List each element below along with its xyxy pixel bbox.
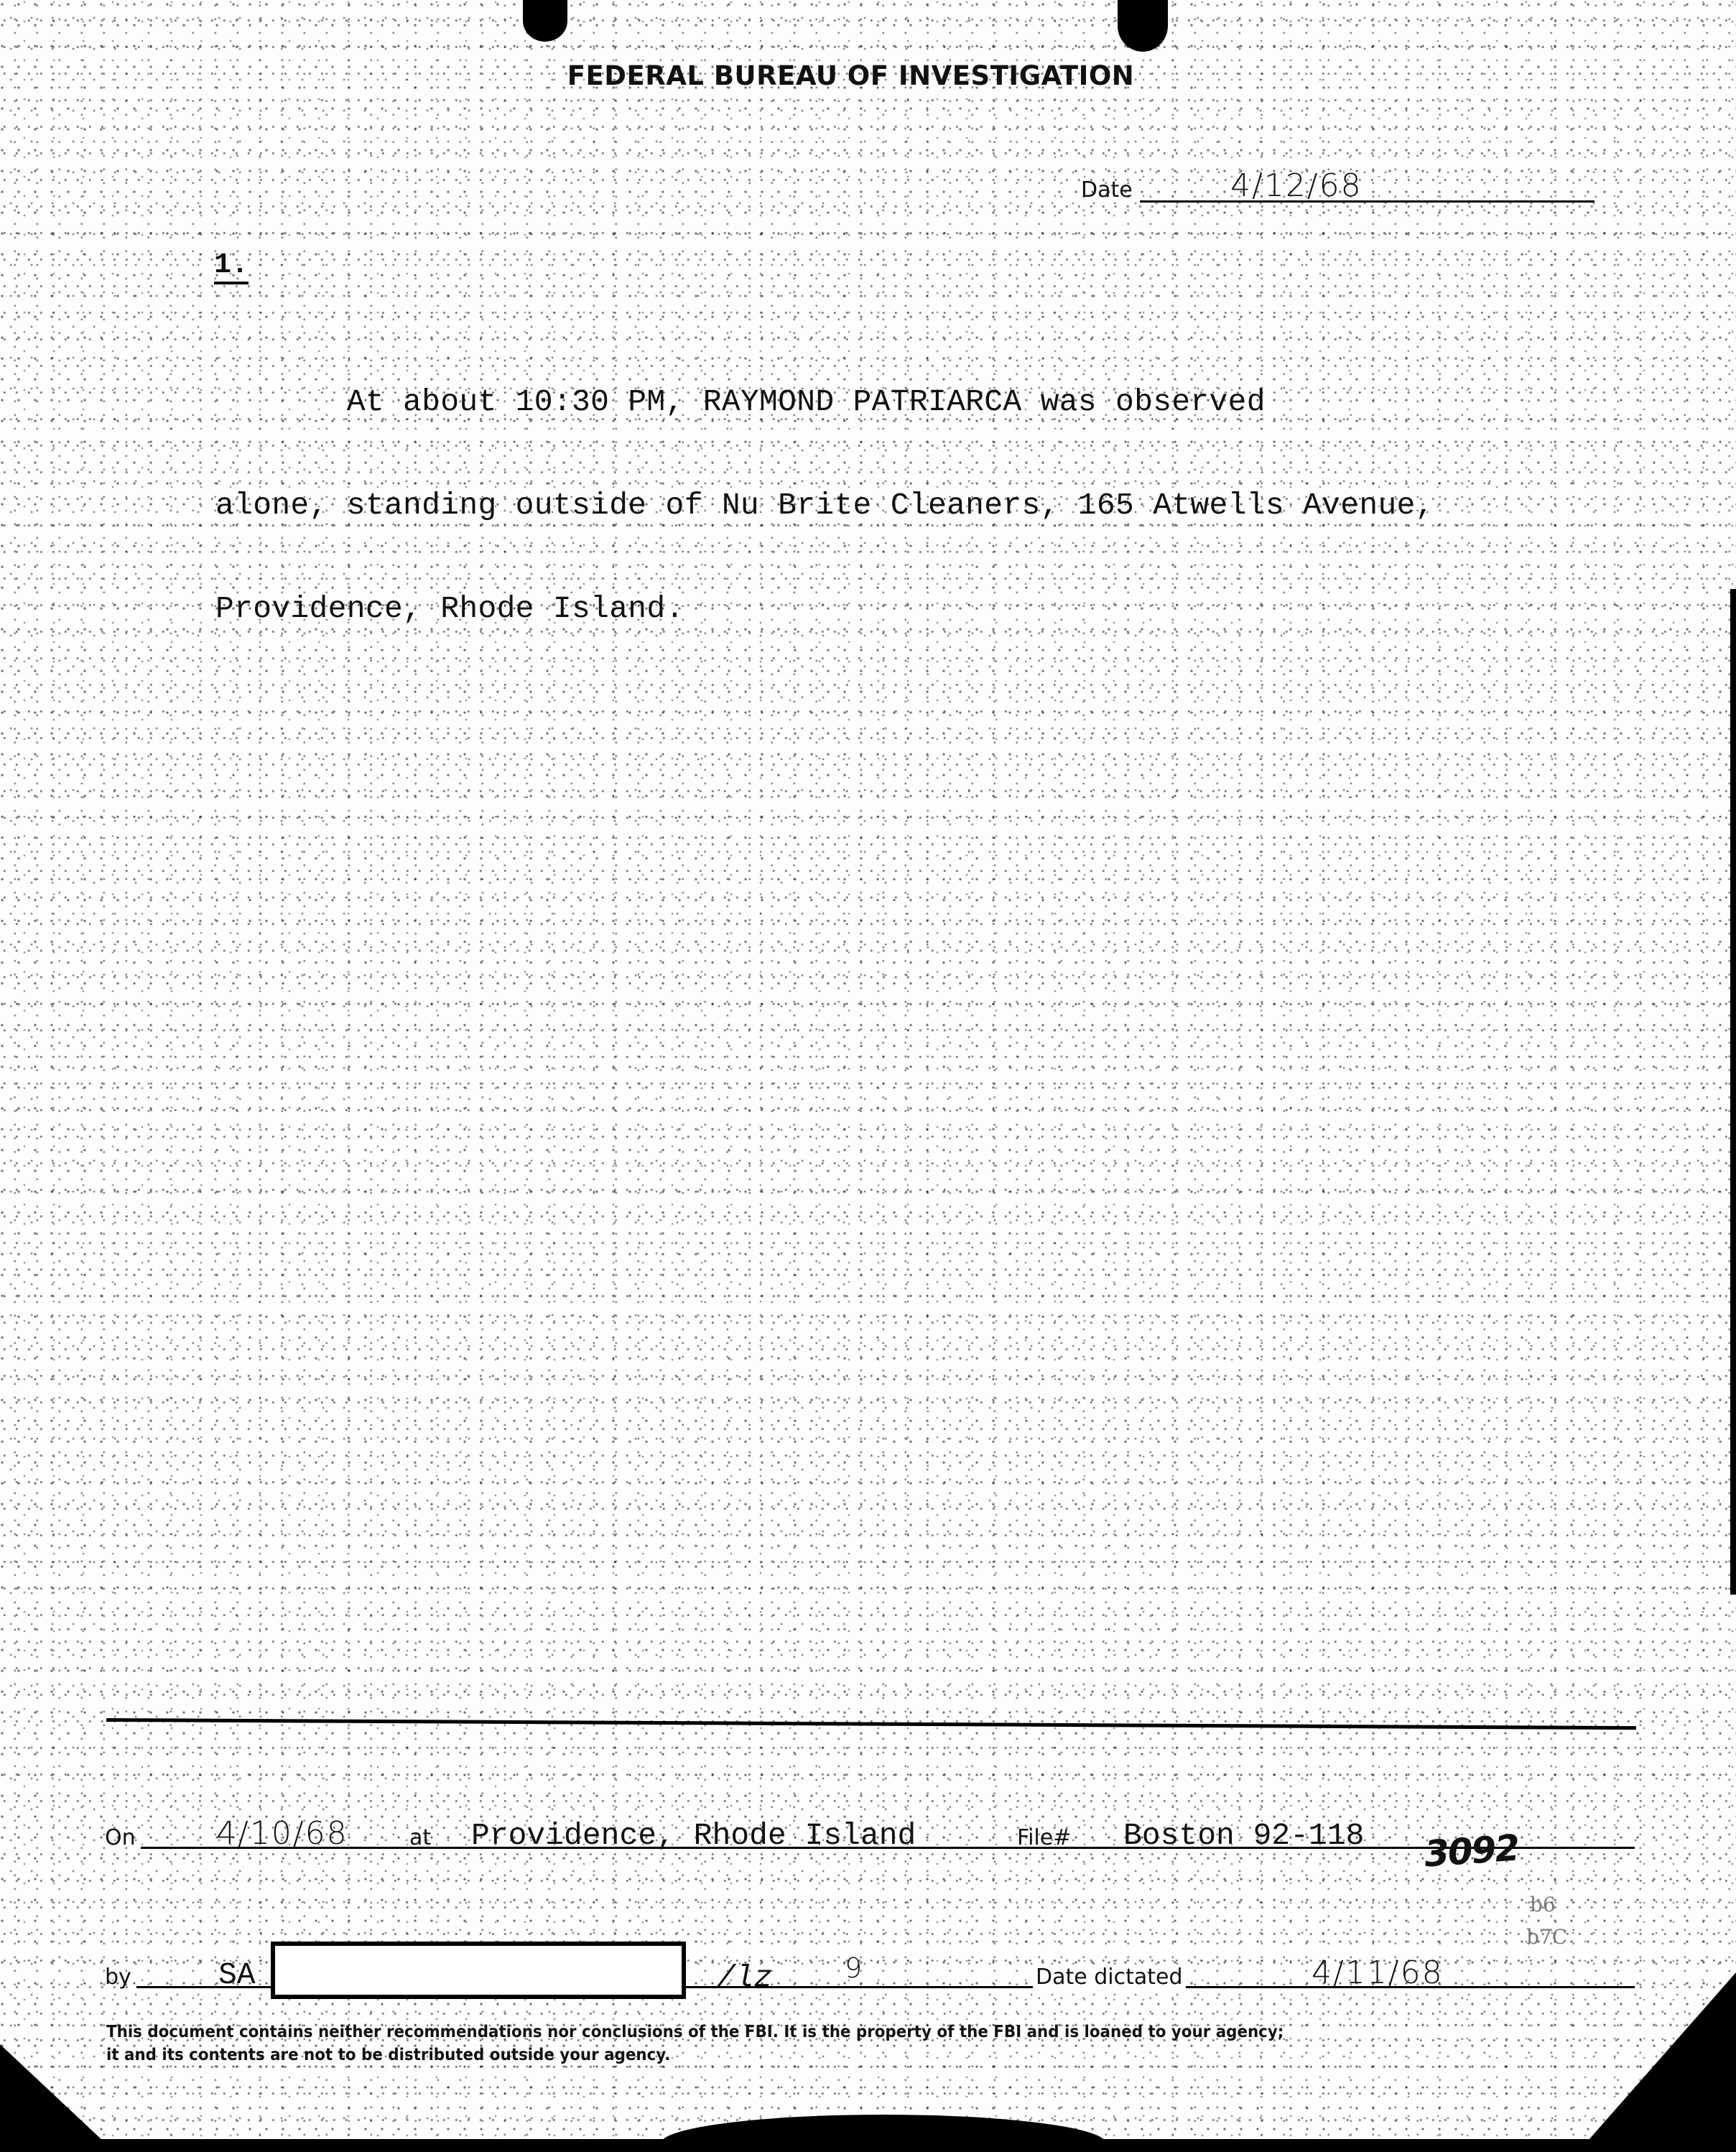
punch-hole-left <box>523 0 567 42</box>
scan-corner-bottom-right <box>1578 1972 1736 2152</box>
scan-edge-bottom <box>0 2139 1736 2152</box>
notice-line-1: This document contains neither recommend… <box>106 2021 1284 2044</box>
on-label: On <box>105 1825 136 1850</box>
body-line: Providence, Rhode Island. <box>215 592 1638 626</box>
exemption-b6: b6 <box>1530 1893 1556 1916</box>
page-mark: 9 <box>845 1952 863 1984</box>
date-dictated-value: 4/11/68 <box>1312 1954 1444 1991</box>
date-label: Date <box>1081 177 1133 203</box>
location-value: Providence, Rhode Island <box>471 1818 916 1853</box>
file-label: File# <box>1017 1825 1071 1850</box>
file-number-value: Boston 92-118 <box>1123 1818 1364 1853</box>
body-line: At about 10:30 PM, RAYMOND PATRIARCA was… <box>215 385 1638 419</box>
fbi-notice: This document contains neither recommend… <box>106 2021 1284 2067</box>
typist-initials: /lz <box>717 1960 772 1995</box>
scan-corner-bottom-left <box>0 2044 115 2152</box>
scan-edge-right <box>1730 589 1736 1595</box>
redacted-agent-name <box>271 1942 686 1999</box>
agency-heading: FEDERAL BUREAU OF INVESTIGATION <box>0 60 1719 91</box>
on-date-value: 4/10/68 <box>216 1815 348 1852</box>
date-underline <box>1140 200 1595 203</box>
by-label: by <box>105 1965 131 1990</box>
at-label: at <box>409 1825 431 1850</box>
date-dictated-label: Date dictated <box>1033 1965 1186 1990</box>
exemption-b7c: b7C <box>1526 1925 1567 1949</box>
fd302-document-page: FEDERAL BUREAU OF INVESTIGATION Date 4/1… <box>0 0 1736 2152</box>
section-divider <box>106 1718 1636 1730</box>
notice-line-2: it and its contents are not to be distri… <box>106 2044 1284 2067</box>
date-value: 4/12/68 <box>1230 167 1363 204</box>
body-line: alone, standing outside of Nu Brite Clea… <box>215 488 1638 523</box>
punch-hole-right <box>1118 0 1168 52</box>
item-number: 1. <box>214 251 249 284</box>
interview-details-row: On 4/10/68 at Providence, Rhode Island F… <box>105 1816 1635 1852</box>
agent-title: SA <box>218 1957 256 1993</box>
report-date-field: Date 4/12/68 <box>1081 171 1595 204</box>
handwritten-serial: 3092 <box>1423 1827 1520 1875</box>
observation-text: At about 10:30 PM, RAYMOND PATRIARCA was… <box>215 316 1638 695</box>
